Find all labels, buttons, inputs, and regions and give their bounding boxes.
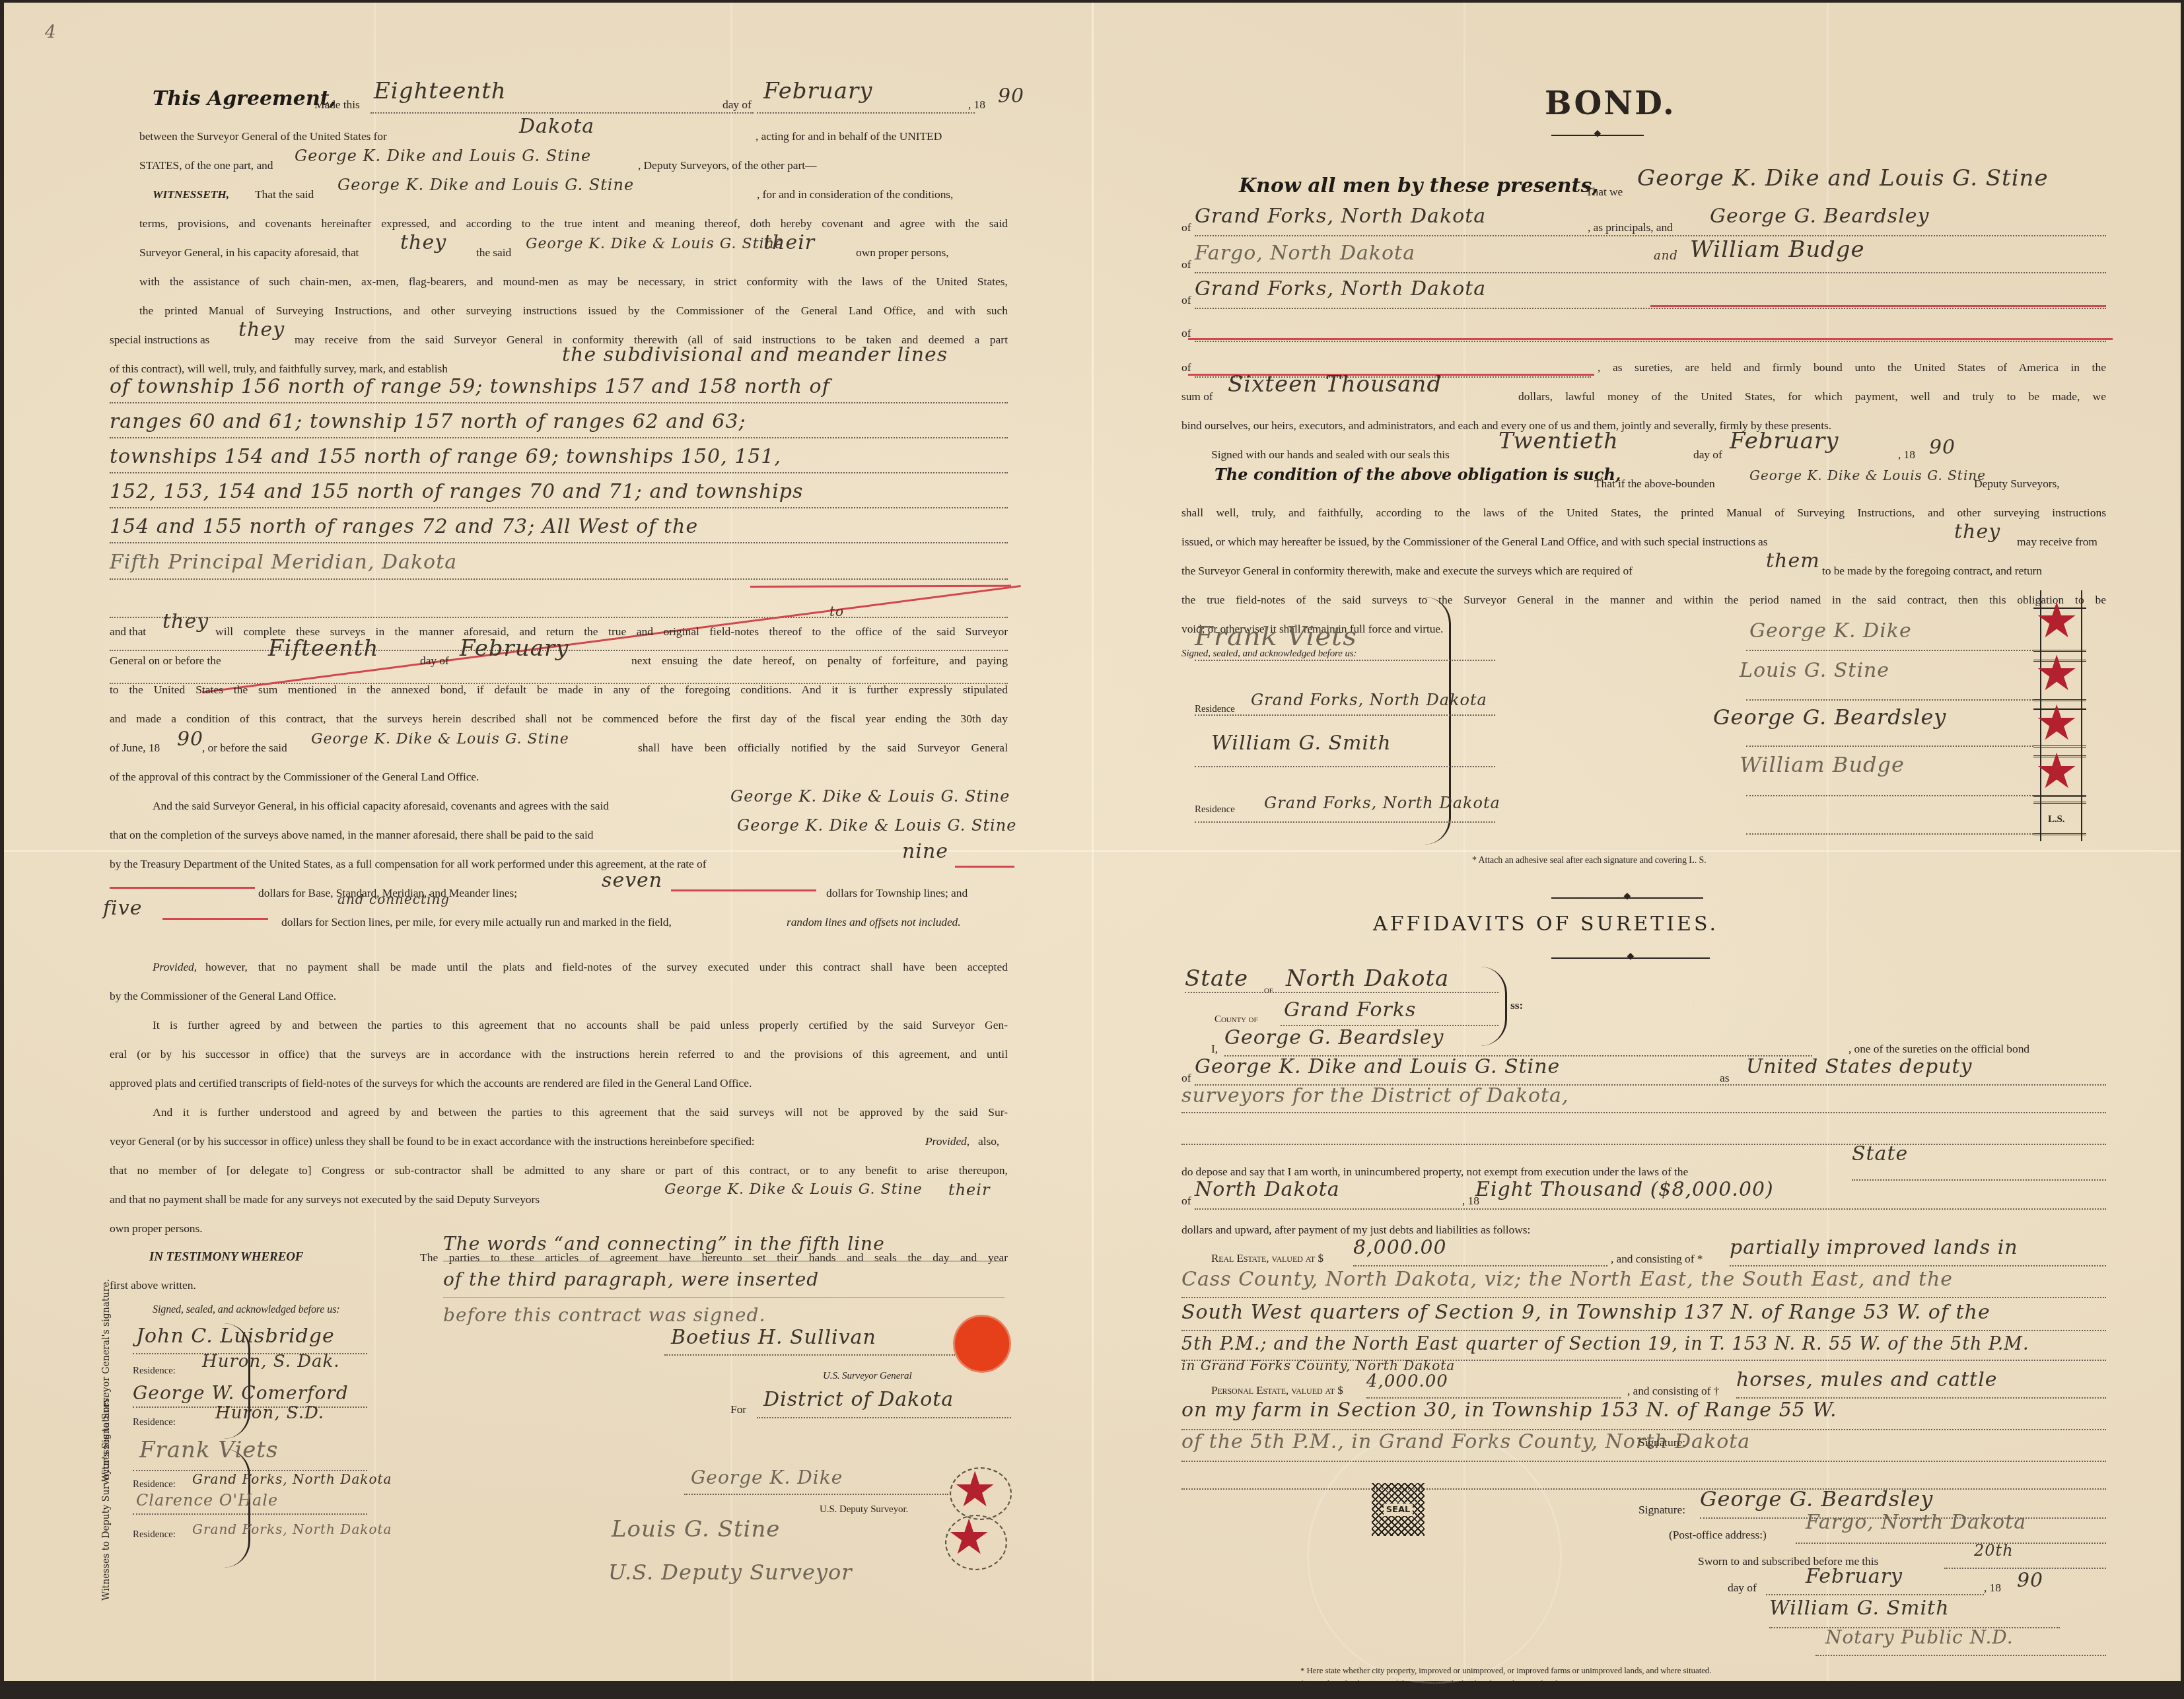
fill-line: [1796, 1543, 2106, 1544]
seal-box: SEAL: [1372, 1483, 1425, 1536]
wax-seal: [955, 1317, 1009, 1371]
bond-signed-year: 90: [1929, 433, 1955, 463]
agreement-heading: This Agreement,: [153, 87, 336, 110]
title-label: U.S. Deputy Surveyor.: [820, 1495, 908, 1525]
fill-line: [1746, 795, 2033, 796]
label: Provided,: [925, 1127, 969, 1156]
surety-signature: George G. Beardsley: [1713, 703, 1946, 732]
fill-line: [1195, 714, 1495, 716]
text-line: That if the above-bounden: [1594, 469, 1715, 499]
label: of: [1181, 250, 1191, 279]
text-line: dollars for Township lines; and: [826, 878, 968, 908]
bond-sum-value: Sixteen Thousand: [1228, 370, 1442, 399]
fill-line: [110, 578, 1008, 580]
label: Residence: [1195, 695, 1235, 724]
text-line: of the approval of this contract by the …: [110, 762, 479, 792]
personal-estate-description: on my farm in Section 30, in Township 15…: [1181, 1396, 1837, 1426]
label: of: [1181, 318, 1191, 348]
bond-principals: George K. Dike and Louis G. Stine: [1195, 1053, 1560, 1082]
center-fold: [1092, 3, 1094, 1681]
fill-line: [443, 1297, 1004, 1298]
condition-heading: The condition of the above obligation is…: [1215, 465, 1621, 484]
text-line: and that: [110, 617, 146, 646]
surety-signature: William Budge: [1740, 750, 1905, 780]
deputy-signature: George K. Dike: [691, 1463, 843, 1493]
witness-label-ds: Witnesses to Deputy Surveyor's Signature…: [100, 1395, 112, 1601]
fill-line: [1746, 699, 2033, 701]
label: of: [1181, 1186, 1191, 1216]
fill-line: [1181, 1144, 2106, 1145]
seal-star-icon: ★: [2035, 699, 2078, 748]
label: , 18: [1984, 1573, 2001, 1603]
text-line: eral (or by his successor in office) tha…: [110, 1039, 1008, 1069]
fill-line: [1195, 766, 1495, 767]
fill-line: [1815, 1655, 2106, 1656]
worth-value: Eight Thousand ($8,000.00): [1475, 1175, 1774, 1205]
sworn-day: 20th: [1974, 1536, 2014, 1566]
witness-residence: Huron, S.D.: [215, 1399, 324, 1428]
fill-line: [110, 437, 1008, 438]
parties-value: George K. Dike and Louis G. Stine: [295, 141, 591, 171]
surveyor-general-signature: Boetius H. Sullivan: [671, 1323, 876, 1353]
strike-line: [110, 887, 255, 889]
witness-residence: Grand Forks, North Dakota: [1264, 788, 1500, 818]
text-line: , as sureties, are held and firmly bound…: [1598, 353, 2106, 382]
fill-line: [443, 1261, 1004, 1262]
label: Provided,: [153, 952, 197, 982]
text-line: own proper persons.: [110, 1214, 203, 1243]
ls-label: L.S.: [2048, 805, 2064, 835]
text-line: issued, or which may hereafter be issued…: [1181, 527, 1768, 557]
witness-residence: Huron, S. Dak.: [202, 1347, 340, 1377]
text-line: the Surveyor General in conformity there…: [1181, 556, 1633, 586]
label: and: [1654, 242, 1678, 271]
they-value: they: [162, 607, 209, 637]
text-line: approved plats and certified transcripts…: [110, 1068, 752, 1098]
text-line: , or before the said: [202, 733, 287, 763]
rate-township-value: seven: [602, 866, 662, 896]
survey-description: townships 154 and 155 north of range 69;…: [110, 442, 781, 472]
deadline-day: Fifteenth: [268, 634, 378, 664]
witness-signature: Clarence O'Hale: [136, 1486, 278, 1515]
principal-residence: Grand Forks, North Dakota: [1195, 202, 1486, 232]
fill-line: [110, 507, 1008, 508]
parties-value: George K. Dike & Louis G. Stine: [664, 1175, 923, 1205]
bond-signed-month: February: [1730, 427, 1839, 456]
principal-signature: Louis G. Stine: [1740, 656, 1889, 686]
label: (Post-office address:): [1669, 1520, 1767, 1550]
witness-residence: Grand Forks, North Dakota: [192, 1515, 392, 1544]
text-line: Surveyor General, in his capacity afores…: [139, 238, 359, 267]
agreement-month: February: [763, 77, 873, 106]
ornament-divider: [1551, 135, 1644, 136]
text-line: General on or before the: [110, 646, 221, 676]
label: sum of: [1181, 382, 1213, 411]
they-value: they: [400, 228, 446, 258]
agreement-year: 90: [998, 82, 1024, 112]
text-line: the said: [476, 238, 511, 267]
bond-panel: BOND. Know all men by these presents, Th…: [1096, 3, 2181, 1681]
fill-line: [1746, 650, 2033, 651]
label: day of: [722, 90, 752, 120]
text-line: random lines and offsets not included.: [787, 907, 961, 937]
deputy-signature: Louis G. Stine: [612, 1515, 781, 1544]
seal-label: SEAL: [1384, 1504, 1413, 1516]
label: Signed, sealed, and acknowledged before …: [153, 1296, 339, 1325]
label: Residence:: [133, 1408, 176, 1438]
laws-value: State: [1852, 1140, 1908, 1169]
parties-value: George K. Dike and Louis G. Stine: [337, 170, 634, 200]
parties-value: George K. Dike & Louis G. Stine: [1749, 461, 1986, 491]
their-value: their: [763, 228, 815, 258]
label: of: [1181, 213, 1191, 242]
witness-signature: William G. Smith: [1211, 729, 1391, 759]
ls-tick: [2033, 802, 2086, 804]
agreement-day: Eighteenth: [374, 77, 507, 106]
principals-value: George K. Dike and Louis G. Stine: [1637, 164, 2049, 193]
fill-line: [1195, 235, 2106, 236]
capacity-value: surveyors for the District of Dakota,: [1181, 1082, 1569, 1111]
text-line: , Deputy Surveyors, of the other part—: [638, 151, 816, 180]
fill-line: [1181, 1112, 2106, 1113]
they-value: they: [1954, 518, 2000, 547]
label: That we: [1586, 177, 1623, 207]
fill-line: [1181, 1461, 2106, 1462]
district-signature: District of Dakota: [763, 1385, 954, 1415]
fill-line: [1195, 821, 1495, 823]
label: as: [1720, 1063, 1729, 1093]
text-line: veyor General (or by his successor in of…: [110, 1127, 755, 1156]
bond-signed-day: Twentieth: [1498, 427, 1619, 456]
fill-line: [1195, 660, 1495, 661]
jurisdiction-state: State: [1185, 964, 1248, 994]
ss-label: ss:: [1510, 990, 1523, 1020]
insertion: to: [829, 597, 844, 627]
affidavit-title: AFFIDAVITS OF SURETIES.: [1373, 913, 1718, 936]
text-line: by the Commissioner of the General Land …: [110, 981, 336, 1011]
survey-description: 152, 153, 154 and 155 north of ranges 70…: [110, 477, 803, 507]
label: day of: [1693, 440, 1722, 469]
text-line: Deputy Surveyors,: [1974, 469, 2060, 499]
fill-line: [1195, 272, 2106, 273]
fill-line: [110, 472, 1008, 473]
parties-value: George K. Dike & Louis G. Stine: [730, 782, 1010, 812]
insertion: and connecting: [337, 885, 450, 915]
survey-description: ranges 60 and 61; township 157 north of …: [110, 407, 746, 437]
footnote: * Attach an adhesive seal after each sig…: [1472, 847, 1707, 876]
parties-value: George K. Dike & Louis G. Stine: [526, 230, 784, 260]
county-value: Grand Forks: [1284, 996, 1416, 1025]
survey-description: the subdivisional and meander lines: [562, 341, 948, 370]
text-line: with the assistance of such chain-men, a…: [139, 267, 1008, 296]
witness-residence: Grand Forks, North Dakota: [1251, 685, 1487, 715]
parties-value: George K. Dike & Louis G. Stine: [311, 725, 569, 755]
principal-signature: George K. Dike: [1749, 617, 1912, 646]
deponent-name: George G. Beardsley: [1224, 1023, 1444, 1053]
postoffice-value: Fargo, North Dakota: [1806, 1508, 2026, 1538]
text-line: STATES, of the one part, and: [139, 151, 273, 180]
survey-description: Fifth Principal Meridian, Dakota: [110, 548, 457, 578]
label: , as principals, and: [1588, 213, 1673, 242]
strike-line: [1188, 338, 2113, 340]
them-value: them: [1766, 547, 1820, 576]
text-line: that on the completion of the surveys ab…: [110, 820, 593, 850]
fill-line: [110, 402, 1008, 403]
capacity-value: United States deputy: [1746, 1053, 1972, 1082]
deputy-title-handwritten: U.S. Deputy Surveyor: [608, 1558, 853, 1587]
strike-line: [1650, 305, 2106, 307]
fill-line: [110, 542, 1008, 543]
witness-signature: Frank Viets: [139, 1436, 278, 1465]
label: of: [1181, 285, 1191, 315]
ornament-divider: [1551, 957, 1710, 959]
rate-section-value: five: [103, 894, 142, 924]
seal-star-icon: ★: [947, 1513, 991, 1562]
document-sheet: 4 This Agreement, Made this Eighteenth d…: [4, 3, 2181, 1681]
survey-description: of township 156 north of range 59; towns…: [110, 372, 830, 402]
embossed-notary-seal: [1307, 1429, 1562, 1684]
text-line: And it is further understood and agreed …: [153, 1097, 1008, 1127]
correction-note: The words “and connecting” in the fifth …: [443, 1230, 885, 1259]
text-line: may receive from: [2017, 527, 2097, 557]
strike-line: [955, 866, 1014, 868]
real-estate-description: South West quarters of Section 9, in Tow…: [1181, 1298, 1990, 1328]
fill-line: [1195, 341, 2106, 342]
sworn-year: 90: [2017, 1566, 2043, 1596]
parties-value: George K. Dike & Louis G. Stine: [737, 811, 1016, 841]
text-line: It is further agreed by and between the …: [153, 1010, 1008, 1040]
surety-name: George G. Beardsley: [1710, 202, 1930, 232]
text-line: own proper persons,: [856, 238, 949, 267]
agreement-panel: 4 This Agreement, Made this Eighteenth d…: [4, 3, 1092, 1681]
year-value: 90: [177, 725, 203, 755]
witness-signature: Frank Viets: [1195, 622, 1357, 652]
personal-estate-description: horses, mules and cattle: [1736, 1366, 1997, 1395]
seal-star-icon: ★: [953, 1466, 997, 1515]
label: of: [1264, 976, 1273, 1006]
text-line: next ensuing the date hereof, on penalty…: [631, 646, 1008, 676]
personal-estate-value: 4,000.00: [1366, 1367, 1448, 1397]
they-value: they: [238, 316, 285, 345]
text-line: also,: [978, 1127, 999, 1156]
text-line: shall have been officially notified by t…: [638, 733, 1008, 763]
fill-line: [1181, 1488, 2106, 1490]
witnesseth-label: WITNESSETH,: [153, 180, 229, 209]
text-line: And the said Surveyor General, in his of…: [153, 791, 609, 821]
text-line: That the said: [255, 180, 314, 209]
fill-line: [1195, 1208, 2106, 1210]
survey-description: 154 and 155 north of ranges 72 and 73; A…: [110, 512, 698, 542]
rate-base-value: nine: [902, 837, 948, 867]
fill-line: [757, 112, 975, 114]
deadline-month: February: [460, 634, 569, 664]
testimony-label: IN TESTIMONY WHEREOF: [149, 1243, 303, 1272]
ornament-divider: [1551, 897, 1703, 899]
text-line: to be made by the foregoing contract, an…: [1822, 556, 2042, 586]
text-line: dollars, lawful money of the United Stat…: [1518, 382, 2106, 411]
strike-line: [750, 585, 1011, 588]
real-estate-description: partially improved lands in: [1730, 1233, 2018, 1263]
text-line: special instructions as: [110, 325, 209, 355]
label: of: [1181, 353, 1191, 382]
laws-state: North Dakota: [1195, 1175, 1340, 1205]
fill-line: [1746, 745, 2033, 747]
strike-line: [671, 889, 816, 891]
notary-title: Notary Public N.D.: [1825, 1623, 2014, 1653]
notary-signature: William G. Smith: [1769, 1594, 1950, 1624]
fill-line: [1195, 308, 2106, 309]
seal-star-icon: ★: [2035, 747, 2078, 796]
surety-name: William Budge: [1690, 235, 1865, 265]
text-line: and that no payment shall be made for an…: [110, 1185, 540, 1214]
page-mark: 4: [45, 22, 57, 42]
text-line: to the United States the sum mentioned i…: [110, 675, 1008, 705]
label: Signature:: [1638, 1428, 1685, 1457]
bond-heading: Know all men by these presents,: [1239, 174, 1599, 197]
seal-star-icon: ★: [2035, 650, 2078, 699]
district-value: Dakota: [519, 112, 594, 142]
sworn-month: February: [1806, 1562, 1903, 1592]
fill-line: [757, 1417, 1011, 1418]
strike-line: [162, 918, 268, 920]
label: day of: [1728, 1573, 1757, 1603]
text-line: however, that no payment shall be made u…: [205, 952, 1008, 982]
text-line: , for and in consideration of the condit…: [757, 180, 953, 209]
bond-title: BOND.: [1545, 85, 1676, 122]
label: Residence:: [133, 1520, 176, 1550]
text-line: of June, 18: [110, 733, 160, 763]
correction-note: of the third paragraph, were inserted: [443, 1265, 819, 1295]
fill-line: [1852, 1179, 2106, 1181]
text-line: , acting for and in behalf of the UNITED: [756, 121, 942, 151]
their-value: their: [948, 1175, 990, 1205]
label: Residence: [1195, 795, 1235, 825]
fill-line: [664, 1354, 955, 1356]
label: Made this: [314, 90, 360, 120]
real-estate-value: 8,000.00: [1353, 1233, 1447, 1263]
fill-line: [1746, 833, 2033, 835]
label: For: [730, 1395, 746, 1424]
label: , 18: [968, 90, 985, 120]
surety-residence: Fargo, North Dakota: [1195, 239, 1415, 269]
fill-line: [684, 1494, 948, 1495]
footnote: † Here describe the nature of the proper…: [1300, 1669, 1584, 1684]
label: day of: [420, 646, 449, 676]
real-estate-description: Cass County, North Dakota, viz; the Nort…: [1181, 1265, 1953, 1295]
surety-residence: Grand Forks, North Dakota: [1195, 275, 1486, 304]
seal-star-icon: ★: [2035, 597, 2078, 646]
